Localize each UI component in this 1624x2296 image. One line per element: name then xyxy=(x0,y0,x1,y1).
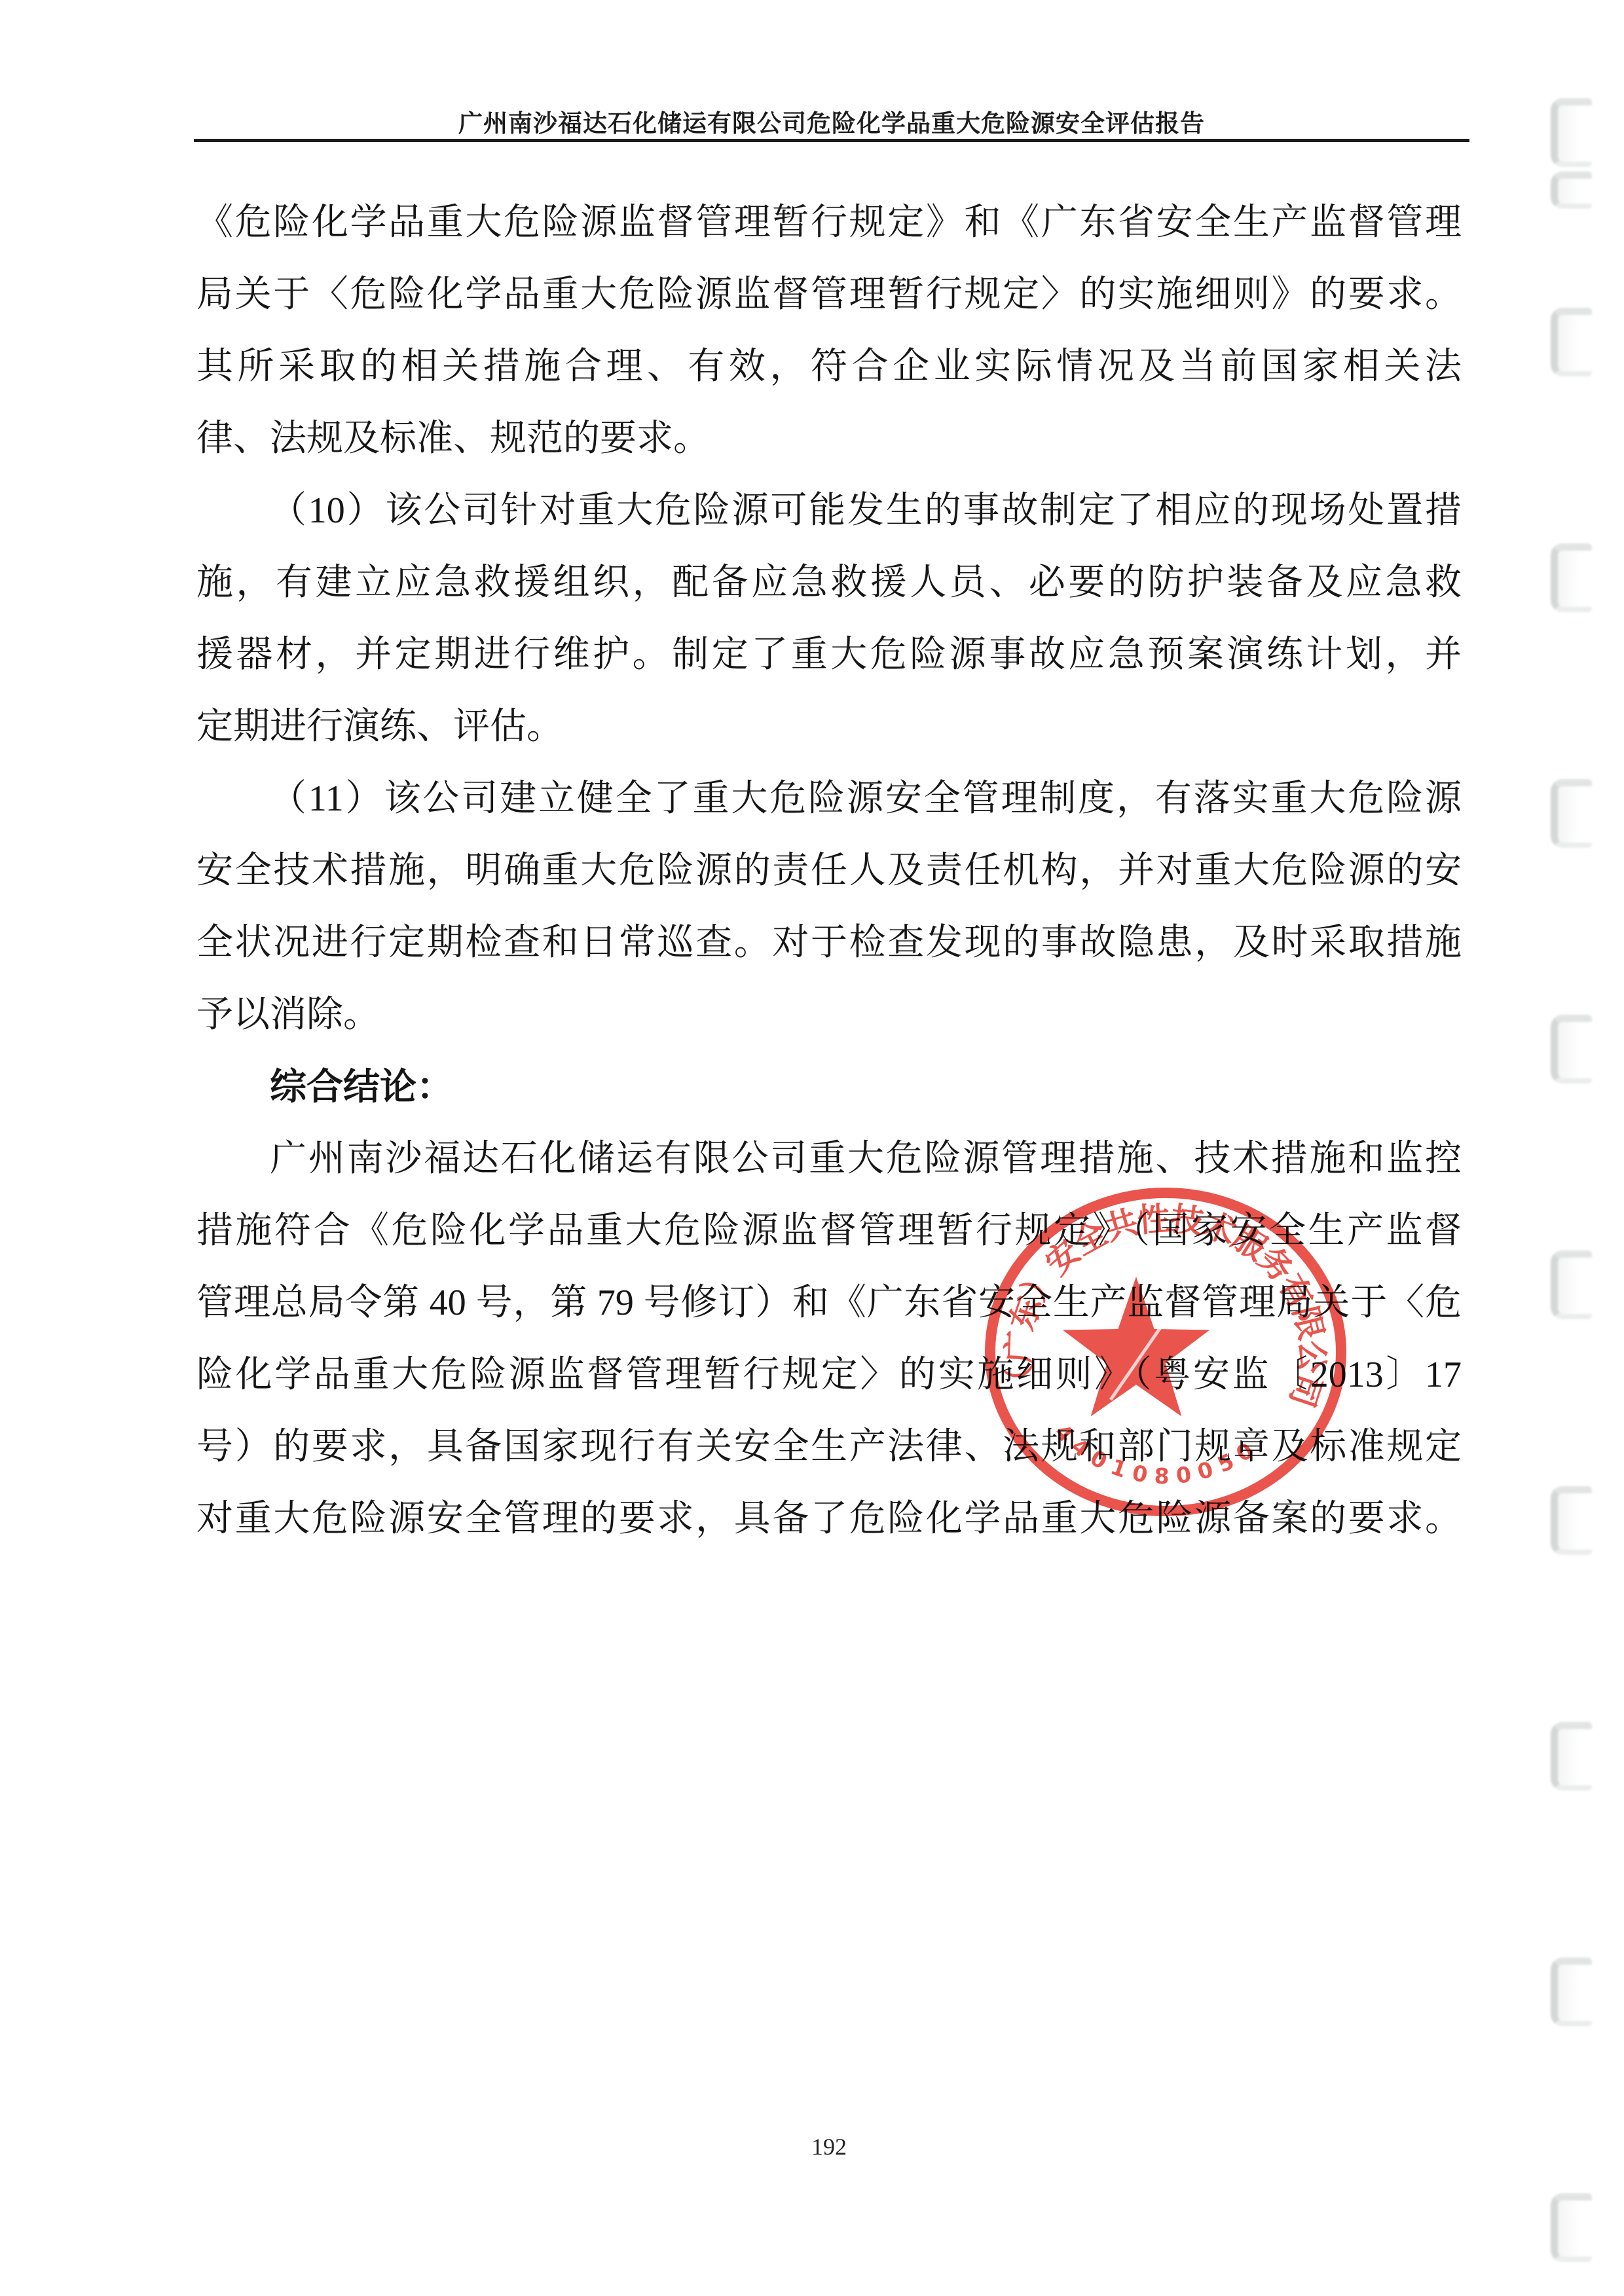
text-line: 其所采取的相关措施合理、有效，符合企业实际情况及当前国家相关法 xyxy=(196,331,1462,403)
text-line: 全状况进行定期检查和日常巡查。对于检查发现的事故隐患，及时采取措施 xyxy=(196,907,1462,979)
text-line: 律、法规及标准、规范的要求。 xyxy=(196,403,1462,475)
binding-hole-artifact xyxy=(1551,1250,1592,1319)
text-line: 定期进行演练、评估。 xyxy=(196,691,1462,763)
binding-hole-artifact xyxy=(1551,172,1592,209)
section-heading: 综合结论： xyxy=(196,1051,1462,1123)
binding-hole-artifact xyxy=(1551,1486,1592,1555)
star-icon xyxy=(1063,1277,1209,1417)
binding-hole-artifact xyxy=(1551,543,1592,612)
text-line: 予以消除。 xyxy=(196,979,1462,1051)
text-line: （10）该公司针对重大危险源可能发生的事故制定了相应的现场处置措 xyxy=(196,475,1462,547)
text-line: 局关于〈危险化学品重大危险源监督管理暂行规定〉的实施细则》的要求。 xyxy=(196,259,1462,331)
binding-hole-artifact xyxy=(1551,1958,1592,2026)
text-line: 援器材，并定期进行维护。制定了重大危险源事故应急预案演练计划，并 xyxy=(196,619,1462,691)
binding-hole-artifact xyxy=(1551,308,1592,376)
binding-hole-artifact xyxy=(1551,1722,1592,1791)
page-number: 192 xyxy=(196,2133,1462,2160)
text-line: （11）该公司建立健全了重大危险源安全管理制度，有落实重大危险源 xyxy=(196,763,1462,835)
text-line: 施，有建立应急救援组织，配备应急救援人员、必要的防护装备及应急救 xyxy=(196,547,1462,619)
company-seal: （广东）安全共性技术服务有限公司 4401080050 xyxy=(976,1178,1362,1525)
binding-hole-artifact xyxy=(1551,779,1592,848)
seal-serial-number: 4401080050 xyxy=(1050,1419,1258,1489)
binding-hole-artifact xyxy=(1551,98,1592,167)
header-rule xyxy=(194,139,1469,142)
binding-hole-artifact xyxy=(1551,1015,1592,1084)
text-line: 《危险化学品重大危险源监督管理暂行规定》和《广东省安全生产监督管理 xyxy=(196,187,1462,259)
document-page: 广州南沙福达石化储运有限公司危险化学品重大危险源安全评估报告 《危险化学品重大危… xyxy=(0,0,1624,2296)
header-title: 广州南沙福达石化储运有限公司危险化学品重大危险源安全评估报告 xyxy=(196,103,1467,139)
binding-hole-artifact xyxy=(1551,2193,1592,2262)
text-line: 安全技术措施，明确重大危险源的责任人及责任机构，并对重大危险源的安 xyxy=(196,835,1462,907)
